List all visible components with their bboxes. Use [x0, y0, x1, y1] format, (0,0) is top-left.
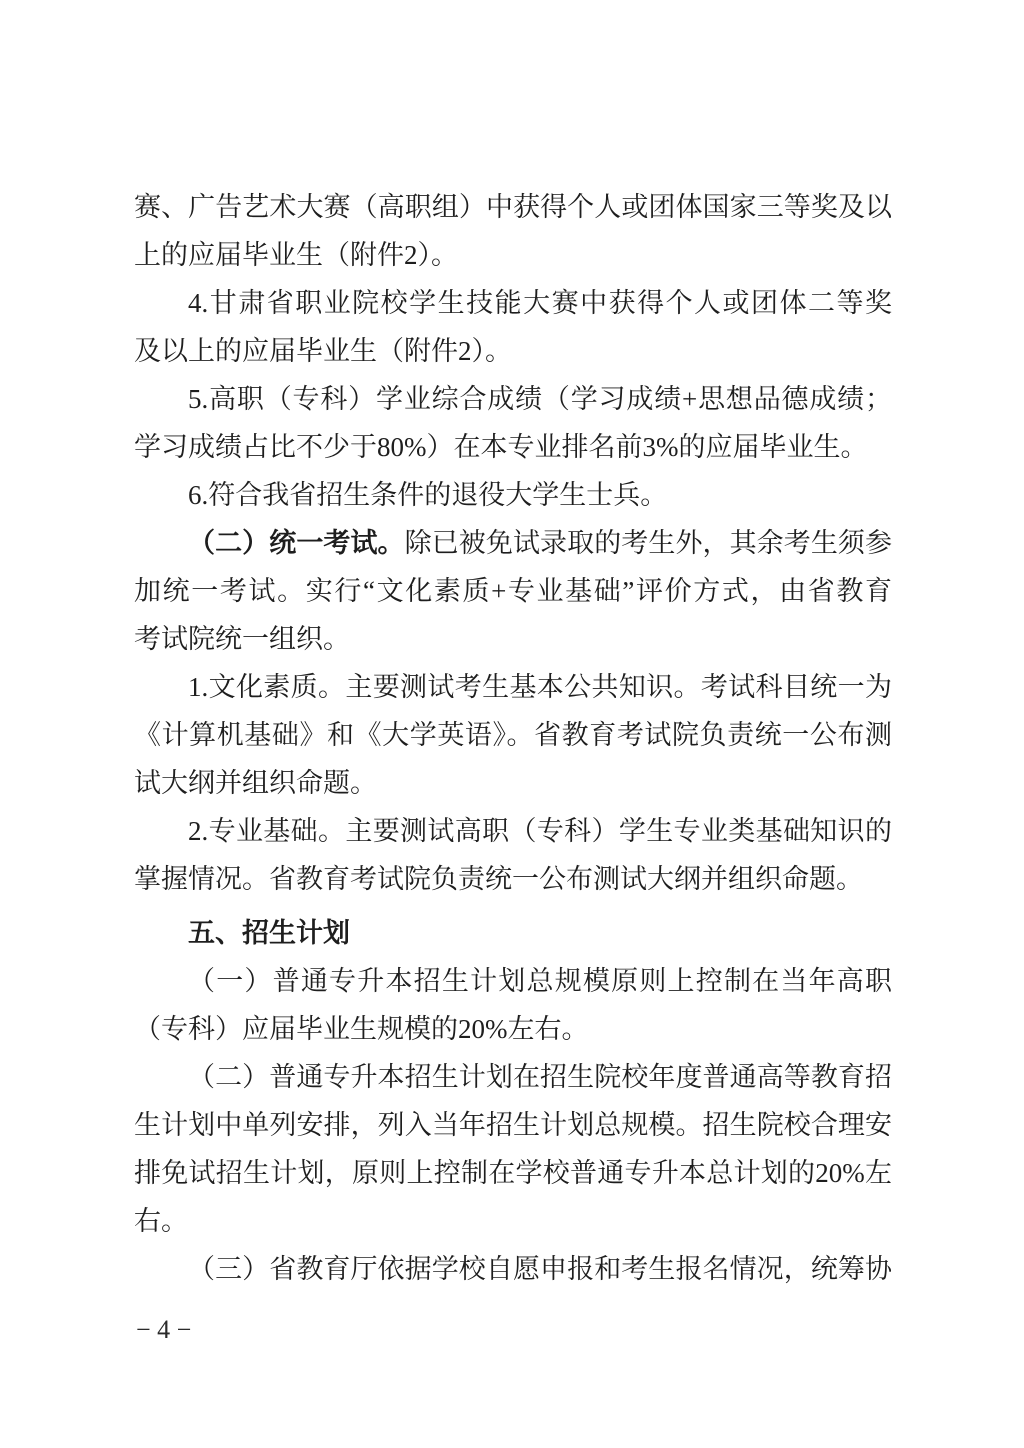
text-line: 排免试招生计划，原则上控制在学校普通专升本总计划的20%左	[134, 1149, 892, 1197]
text-run: 6.符合我省招生条件的退役大学生士兵。	[188, 480, 667, 510]
text-line: （二）统一考试。除已被免试录取的考生外，其余考生须参	[134, 519, 892, 567]
text-line: 学习成绩占比不少于80%）在本专业排名前3%的应届毕业生。	[134, 423, 892, 471]
text-run: 排免试招生计划，原则上控制在学校普通专升本总计划的20%左	[134, 1158, 892, 1188]
text-line: 5.高职（专科）学业综合成绩（学习成绩+思想品德成绩；	[134, 375, 892, 423]
body-paragraph: （一）普通专升本招生计划总规模原则上控制在当年高职（专科）应届毕业生规模的20%…	[134, 957, 892, 1053]
body-paragraph: 6.符合我省招生条件的退役大学生士兵。	[134, 471, 892, 519]
text-line: 6.符合我省招生条件的退役大学生士兵。	[134, 471, 892, 519]
text-line: （三）省教育厅依据学校自愿申报和考生报名情况，统筹协	[134, 1245, 892, 1293]
section-heading: 五、招生计划	[134, 909, 892, 957]
text-line: 右。	[134, 1197, 892, 1245]
body-paragraph: 赛、广告艺术大赛（高职组）中获得个人或团体国家三等奖及以上的应届毕业生（附件2）…	[134, 183, 892, 279]
body-paragraph: （二）统一考试。除已被免试录取的考生外，其余考生须参加统一考试。实行“文化素质+…	[134, 519, 892, 663]
text-run: 2.专业基础。主要测试高职（专科）学生专业类基础知识的	[188, 816, 892, 846]
text-line: 赛、广告艺术大赛（高职组）中获得个人或团体国家三等奖及以	[134, 183, 892, 231]
text-run: 学习成绩占比不少于80%）在本专业排名前3%的应届毕业生。	[134, 432, 867, 462]
text-run: 右。	[134, 1206, 188, 1236]
text-run: 考试院统一组织。	[134, 624, 350, 654]
body-paragraph: 4.甘肃省职业院校学生技能大赛中获得个人或团体二等奖及以上的应届毕业生（附件2）…	[134, 279, 892, 375]
text-run: 试大纲并组织命题。	[134, 768, 377, 798]
text-line: 考试院统一组织。	[134, 615, 892, 663]
text-line: 五、招生计划	[134, 909, 892, 957]
body-paragraph: 1.文化素质。主要测试考生基本公共知识。考试科目统一为《计算机基础》和《大学英语…	[134, 663, 892, 807]
text-line: （一）普通专升本招生计划总规模原则上控制在当年高职	[134, 957, 892, 1005]
text-run: （三）省教育厅依据学校自愿申报和考生报名情况，统筹协	[188, 1254, 892, 1284]
text-run: 掌握情况。省教育考试院负责统一公布测试大纲并组织命题。	[134, 864, 863, 894]
body-paragraph: 2.专业基础。主要测试高职（专科）学生专业类基础知识的掌握情况。省教育考试院负责…	[134, 807, 892, 903]
text-run: （二）统一考试。	[188, 528, 405, 558]
text-run: （一）普通专升本招生计划总规模原则上控制在当年高职	[188, 966, 892, 996]
text-run: （二）普通专升本招生计划在招生院校年度普通高等教育招	[188, 1062, 892, 1092]
text-run: 生计划中单列安排，列入当年招生计划总规模。招生院校合理安	[134, 1110, 892, 1140]
text-line: （专科）应届毕业生规模的20%左右。	[134, 1005, 892, 1053]
text-line: 1.文化素质。主要测试考生基本公共知识。考试科目统一为	[134, 663, 892, 711]
text-line: 及以上的应届毕业生（附件2）。	[134, 327, 892, 375]
text-run: 1.文化素质。主要测试考生基本公共知识。考试科目统一为	[188, 672, 892, 702]
text-line: 掌握情况。省教育考试院负责统一公布测试大纲并组织命题。	[134, 855, 892, 903]
text-run: 及以上的应届毕业生（附件2）。	[134, 336, 512, 366]
text-line: 加统一考试。实行“文化素质+专业基础”评价方式，由省教育	[134, 567, 892, 615]
text-run: 上的应届毕业生（附件2）。	[134, 240, 458, 270]
text-line: 2.专业基础。主要测试高职（专科）学生专业类基础知识的	[134, 807, 892, 855]
text-line: 《计算机基础》和《大学英语》。省教育考试院负责统一公布测	[134, 711, 892, 759]
body-paragraph: （三）省教育厅依据学校自愿申报和考生报名情况，统筹协	[134, 1245, 892, 1293]
text-run: 除已被免试录取的考生外，其余考生须参	[405, 528, 892, 558]
text-run: 5.高职（专科）学业综合成绩（学习成绩+思想品德成绩；	[188, 384, 892, 414]
text-line: （二）普通专升本招生计划在招生院校年度普通高等教育招	[134, 1053, 892, 1101]
text-line: 生计划中单列安排，列入当年招生计划总规模。招生院校合理安	[134, 1101, 892, 1149]
page-number: − 4 −	[136, 1306, 191, 1354]
body-paragraph: 5.高职（专科）学业综合成绩（学习成绩+思想品德成绩；学习成绩占比不少于80%）…	[134, 375, 892, 471]
text-run: 赛、广告艺术大赛（高职组）中获得个人或团体国家三等奖及以	[134, 192, 892, 222]
text-run: （专科）应届毕业生规模的20%左右。	[134, 1014, 589, 1044]
text-run: 五、招生计划	[188, 918, 350, 948]
text-line: 4.甘肃省职业院校学生技能大赛中获得个人或团体二等奖	[134, 279, 892, 327]
text-run: 4.甘肃省职业院校学生技能大赛中获得个人或团体二等奖	[188, 288, 892, 318]
body-paragraph: （二）普通专升本招生计划在招生院校年度普通高等教育招生计划中单列安排，列入当年招…	[134, 1053, 892, 1245]
text-line: 试大纲并组织命题。	[134, 759, 892, 807]
text-line: 上的应届毕业生（附件2）。	[134, 231, 892, 279]
text-run: 《计算机基础》和《大学英语》。省教育考试院负责统一公布测	[134, 720, 892, 750]
text-run: 加统一考试。实行“文化素质+专业基础”评价方式，由省教育	[134, 576, 892, 606]
document-body: 赛、广告艺术大赛（高职组）中获得个人或团体国家三等奖及以上的应届毕业生（附件2）…	[134, 183, 892, 1293]
